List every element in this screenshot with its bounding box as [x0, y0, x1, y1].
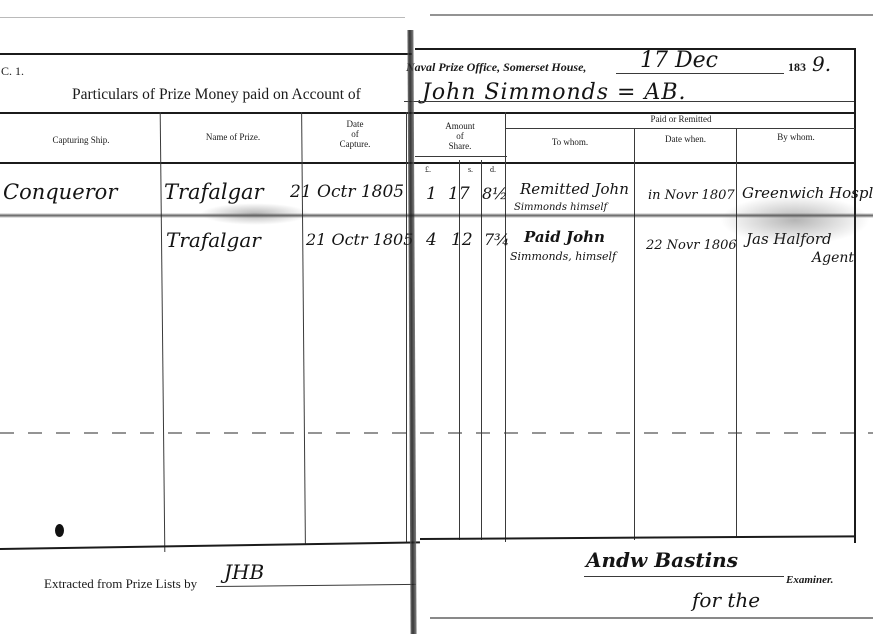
row2-to-whom-line2: Simmonds, himself	[510, 250, 616, 263]
header-by-whom: By whom.	[737, 132, 855, 142]
row2-by-whom-line2: Agent	[812, 250, 854, 266]
form-code: C. 1.	[1, 64, 24, 79]
examiner-note: for the	[692, 588, 760, 612]
table-header-bottom-rule	[0, 162, 856, 164]
col-divider-3	[406, 112, 407, 542]
col-divider-8	[736, 128, 737, 538]
row2-pounds: 4	[426, 230, 437, 250]
header-top-rule-left	[0, 53, 412, 55]
row2-name-of-prize: Trafalgar	[166, 228, 261, 252]
bottom-edge-line	[430, 617, 873, 619]
header-capturing-ship: Capturing Ship.	[0, 135, 162, 145]
form-title: Particulars of Prize Money paid on Accou…	[72, 86, 361, 104]
lower-crease	[0, 432, 873, 434]
top-edge-line-right	[430, 14, 873, 16]
row1-pounds: 1	[426, 184, 437, 204]
row1-shillings: 17	[448, 184, 470, 204]
row1-capturing-ship: Conqueror	[3, 180, 117, 204]
share-subheader-rule	[415, 156, 507, 157]
header-name-of-prize: Name of Prize.	[163, 132, 303, 142]
top-edge-line-left	[0, 17, 405, 18]
table-bottom-rule-right	[420, 535, 856, 540]
date-handwritten: 17 Dec	[640, 48, 718, 73]
col-divider-7	[634, 128, 635, 540]
row2-pence: 7¾	[484, 230, 510, 249]
extracted-signature: JHB	[224, 560, 264, 584]
examiner-signature: Andw Bastins	[586, 548, 738, 572]
extracted-label: Extracted from Prize Lists by	[44, 576, 197, 592]
examiner-underline	[584, 576, 784, 577]
paid-remitted-subrule	[505, 128, 855, 129]
row1-to-whom-line1: Remitted John	[520, 180, 629, 198]
stain-mid	[200, 203, 310, 225]
extracted-underline	[216, 584, 416, 587]
row1-pence: 8½	[482, 184, 508, 203]
header-date-when: Date when.	[635, 134, 736, 144]
office-label: Naval Prize Office, Somerset House,	[406, 60, 586, 75]
account-underline	[404, 101, 854, 102]
examiner-label: Examiner.	[786, 574, 833, 586]
table-bottom-rule-left	[0, 541, 420, 550]
header-date-of-capture: Date of Capture.	[304, 119, 406, 149]
row1-to-whom-line2: Simmonds himself	[514, 202, 607, 213]
col-divider-2	[301, 112, 306, 544]
year-suffix: 9.	[812, 52, 831, 76]
row1-date-of-capture: 21 Octr 1805	[290, 182, 404, 202]
col-divider-1	[160, 112, 166, 552]
header-amount-of-share: Amount of Share.	[415, 121, 505, 151]
year-prefix: 183	[788, 60, 806, 75]
header-pence: d.	[482, 165, 504, 175]
header-paid-or-remitted: Paid or Remitted	[506, 114, 856, 124]
stain-right	[720, 195, 870, 245]
header-top-rule-right	[415, 48, 856, 50]
header-shillings: s.	[460, 165, 481, 175]
header-pounds: £.	[418, 165, 438, 175]
row2-shillings: 12	[451, 230, 473, 250]
row2-to-whom-line1: Paid John	[524, 228, 605, 246]
header-to-whom: To whom.	[506, 137, 634, 147]
col-divider-6	[505, 112, 506, 542]
row2-date-of-capture: 21 Octr 1805	[306, 230, 413, 249]
row1-name-of-prize: Trafalgar	[164, 180, 264, 204]
ink-blot	[55, 524, 64, 537]
date-underline	[616, 73, 784, 74]
